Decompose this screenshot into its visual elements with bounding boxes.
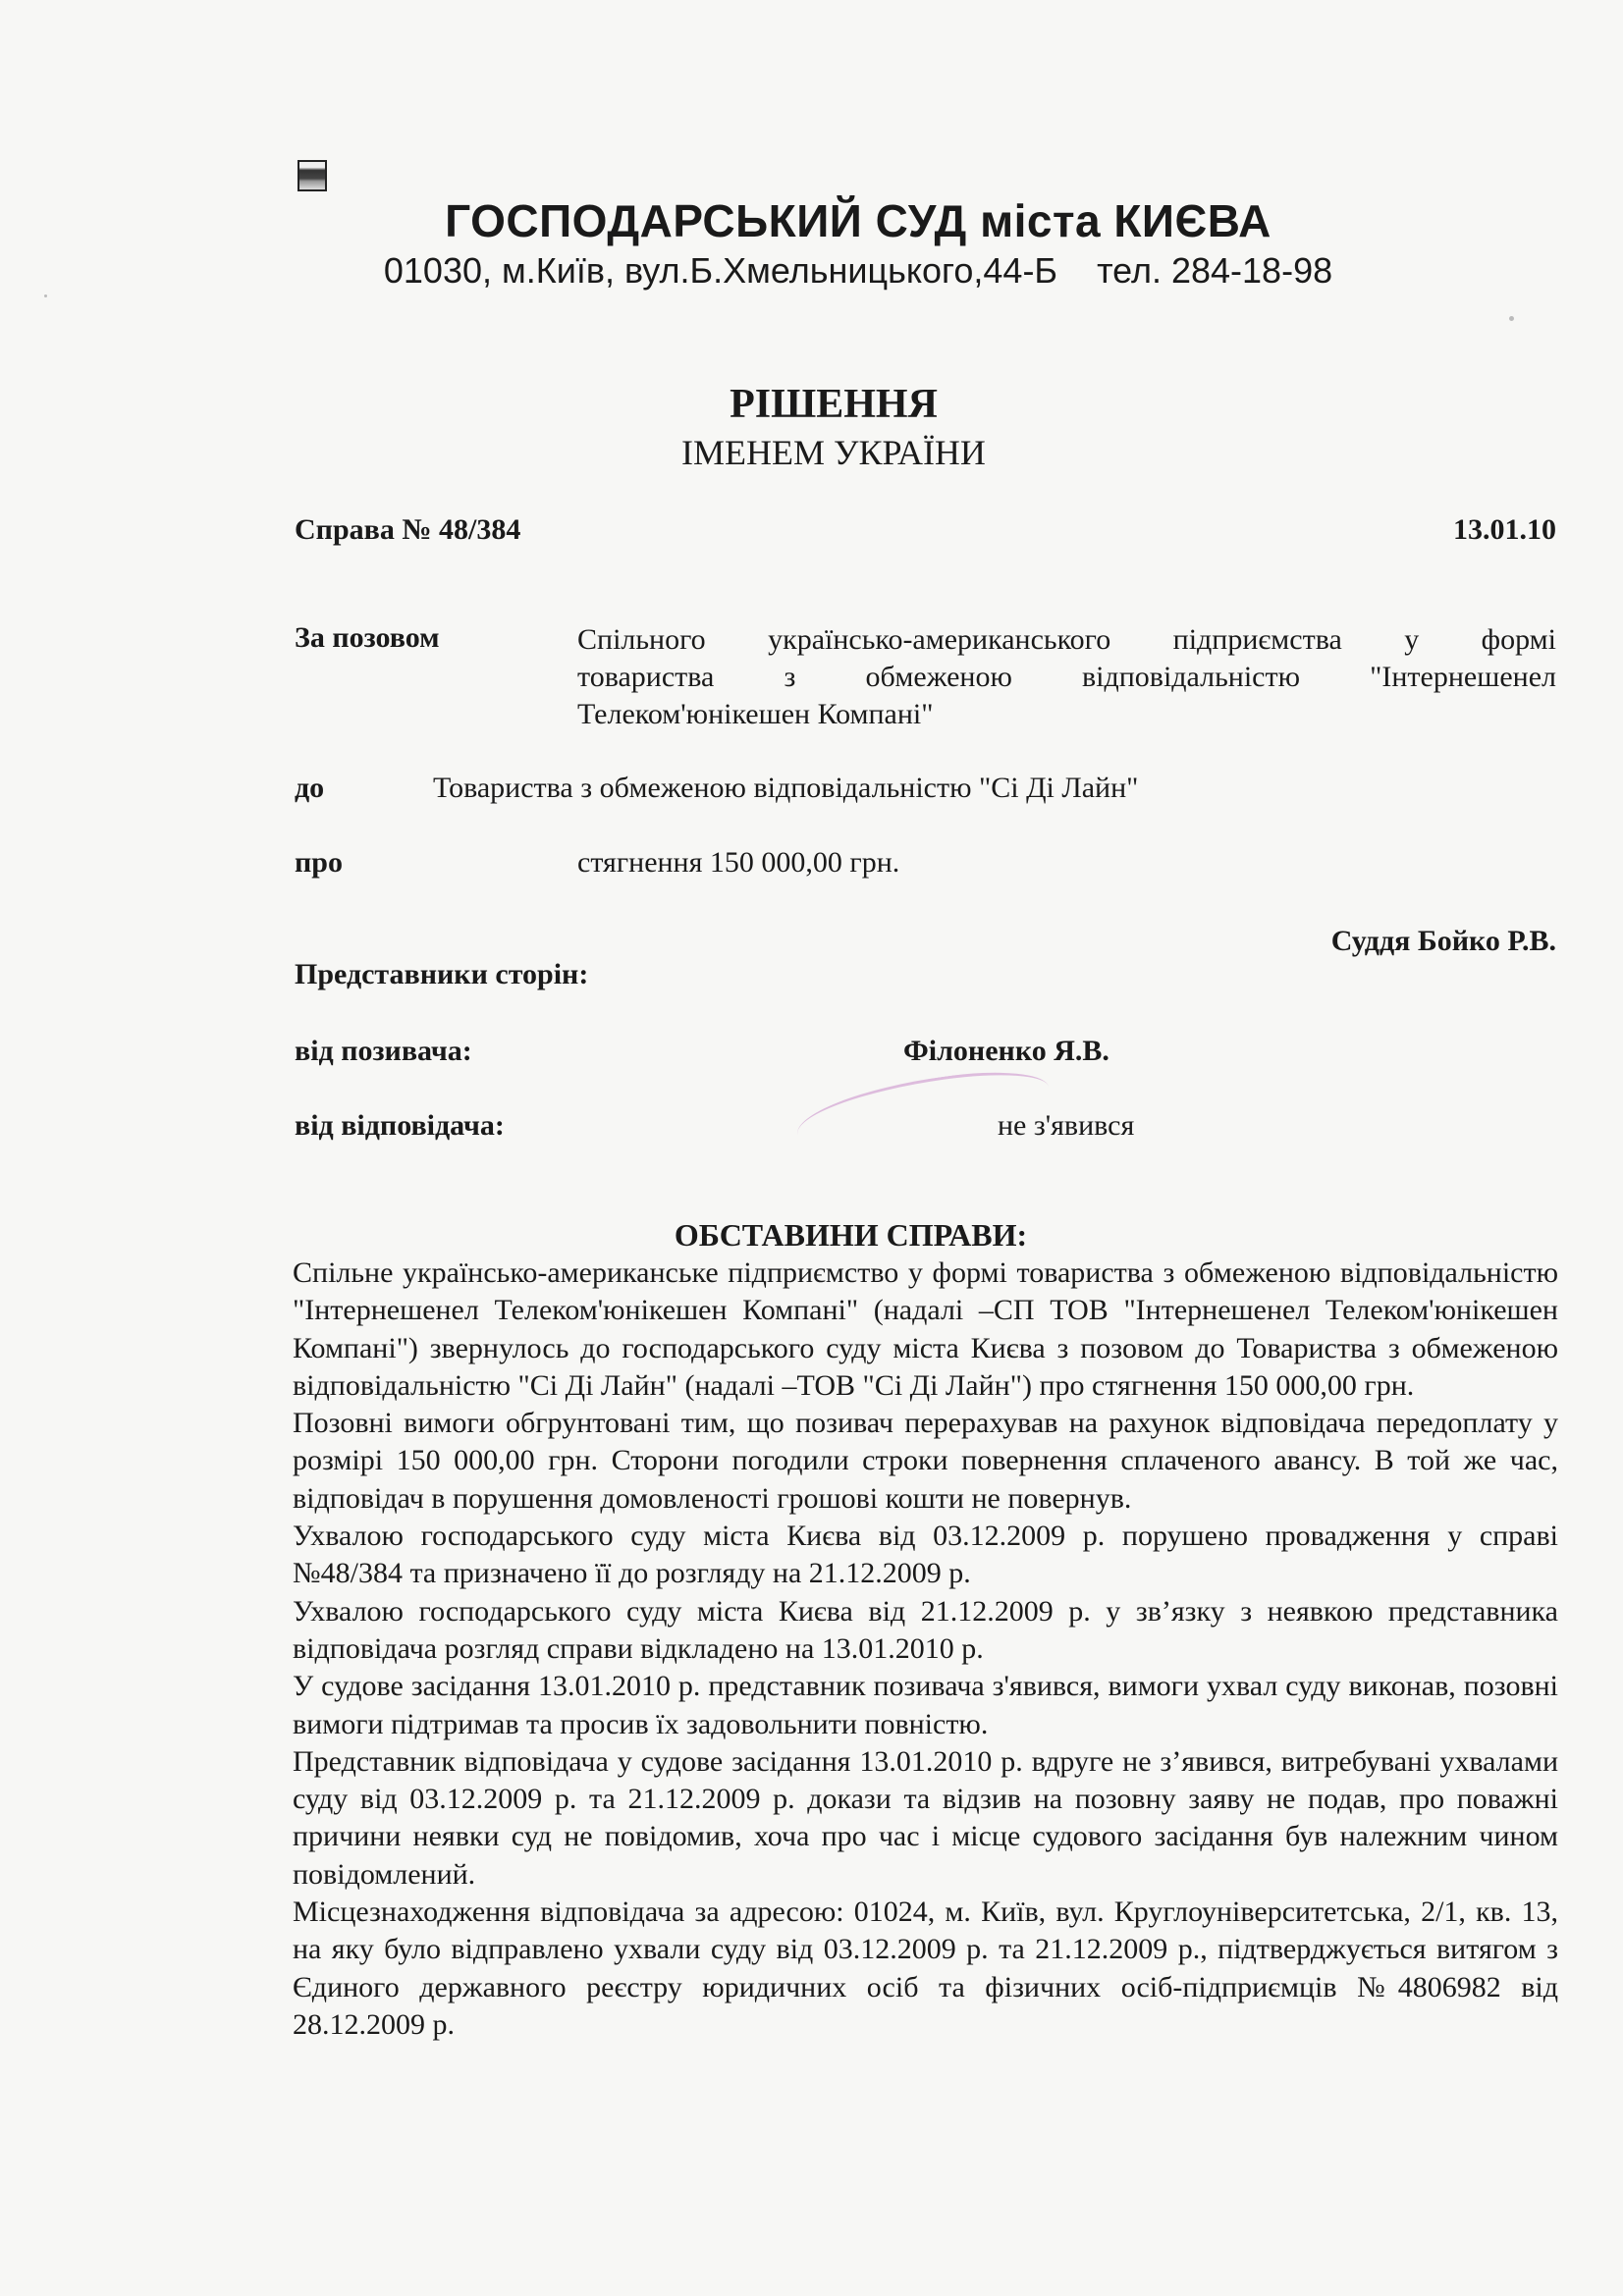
- claim-about-value: стягнення 150 000,00 грн.: [577, 846, 899, 880]
- court-name: ГОСПОДАРСЬКИЙ СУД міста КИЄВА: [0, 194, 1623, 247]
- scan-speck: [1509, 316, 1514, 321]
- claim-against-value: Товариства з обмеженою відповідальністю …: [433, 772, 1138, 805]
- claim-by-value: Спільного українсько-американського підп…: [577, 621, 1556, 733]
- document-title: РІШЕННЯ: [0, 381, 1623, 428]
- claim-against-label: до: [295, 772, 324, 805]
- circumstances-body: Спільне українсько-американське підприєм…: [293, 1255, 1558, 2044]
- scan-speck: [44, 294, 47, 297]
- document-subtitle: ІМЕНЕМ УКРАЇНИ: [0, 432, 1623, 473]
- claim-by-line: Спільного українсько-американського підп…: [577, 621, 1556, 659]
- paragraph: Ухвалою господарського суду міста Києва …: [293, 1518, 1558, 1593]
- case-number: Справа № 48/384: [295, 513, 520, 547]
- defendant-rep-label: від відповідача:: [295, 1109, 505, 1143]
- judge-name: Суддя Бойко Р.В.: [1331, 925, 1556, 958]
- court-contacts: 01030, м.Київ, вул.Б.Хмельницького,44-Бт…: [0, 250, 1623, 292]
- claim-by-label: За позовом: [295, 621, 440, 655]
- representatives-heading: Представники сторін:: [295, 958, 588, 991]
- paragraph: Позовні вимоги обгрунтовані тим, що пози…: [293, 1405, 1558, 1518]
- paragraph: У судове засідання 13.01.2010 р. предста…: [293, 1668, 1558, 1743]
- case-date: 13.01.10: [1453, 513, 1556, 547]
- paragraph: Місцезнаходження відповідача за адресою:…: [293, 1894, 1558, 2044]
- circumstances-heading: ОБСТАВИНИ СПРАВИ:: [0, 1217, 1623, 1254]
- plaintiff-rep-label: від позивача:: [295, 1035, 472, 1068]
- claim-by-line: Телеком'юнікешен Компані": [577, 698, 934, 730]
- paragraph: Представник відповідача у судове засідан…: [293, 1743, 1558, 1894]
- claim-by-line: товариства з обмеженою відповідальністю …: [577, 659, 1556, 696]
- paragraph: Ухвалою господарського суду міста Києва …: [293, 1593, 1558, 1669]
- defendant-rep-value: не з'явився: [998, 1109, 1134, 1143]
- paragraph: Спільне українсько-американське підприєм…: [293, 1255, 1558, 1405]
- claim-about-label: про: [295, 846, 343, 880]
- court-phone: тел. 284-18-98: [1097, 250, 1332, 291]
- plaintiff-rep-value: Філоненко Я.В.: [903, 1035, 1109, 1068]
- document-page: ГОСПОДАРСЬКИЙ СУД міста КИЄВА 01030, м.К…: [0, 0, 1623, 2296]
- coat-of-arms-icon: [298, 160, 327, 191]
- court-address: 01030, м.Київ, вул.Б.Хмельницького,44-Б: [384, 250, 1057, 291]
